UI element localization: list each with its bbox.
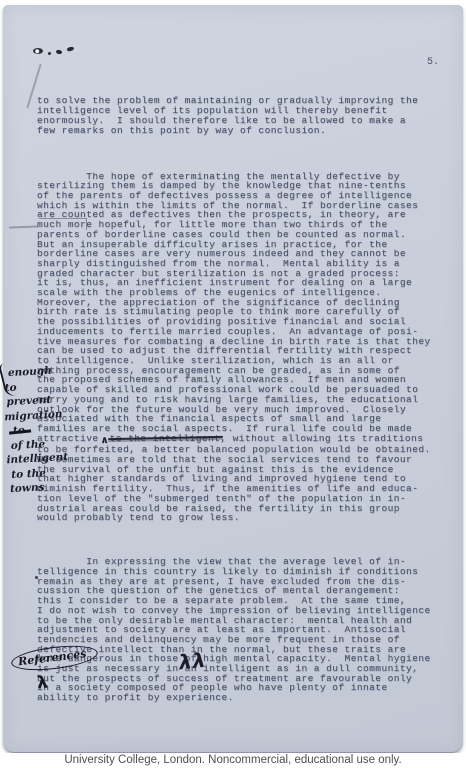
handwritten-initials: λλ — [178, 648, 208, 675]
stray-ink-speck — [35, 576, 38, 579]
margin-note-line: migration — [4, 407, 55, 424]
pencil-bracket-mark — [39, 218, 87, 230]
margin-note-line: enough — [8, 364, 53, 381]
typewritten-text: to solve the problem of maintaining or g… — [37, 77, 453, 722]
paragraph-text: The hope of exterminating the mentally d… — [37, 171, 431, 444]
margin-note-line: intelligent — [6, 451, 57, 468]
handwritten-margin-note: enough to prevent migration to of the in… — [2, 364, 59, 497]
struck-word: to — [13, 423, 26, 438]
attribution-footer: University College, London. Noncommercia… — [0, 753, 466, 768]
references-caret-mark: λ — [36, 673, 48, 694]
paragraph-intelligence-level: In expressing the view that the average … — [37, 557, 453, 703]
scan-viewport: 5. to solve the problem of maintaining o… — [0, 0, 466, 768]
references-annotation: References λ — [11, 647, 98, 669]
ink-blot-mark — [48, 52, 51, 55]
struck-through-text: to the intelligent — [110, 433, 221, 444]
paragraph-text: , without allowing its traditions to be … — [37, 433, 431, 524]
page-number: 5. — [427, 57, 439, 68]
margin-note-line: towns — [10, 480, 59, 497]
paragraph-sterilization: The hope of exterminating the mentally d… — [37, 172, 453, 523]
ink-blot-mark — [56, 49, 63, 54]
ink-blot-mark — [67, 46, 75, 52]
paragraph-conclusion-intro: to solve the problem of maintaining or g… — [37, 96, 453, 135]
scanned-page: 5. to solve the problem of maintaining o… — [3, 5, 463, 753]
pencil-margin-dash — [9, 225, 38, 228]
ink-blot-mark — [33, 48, 43, 54]
